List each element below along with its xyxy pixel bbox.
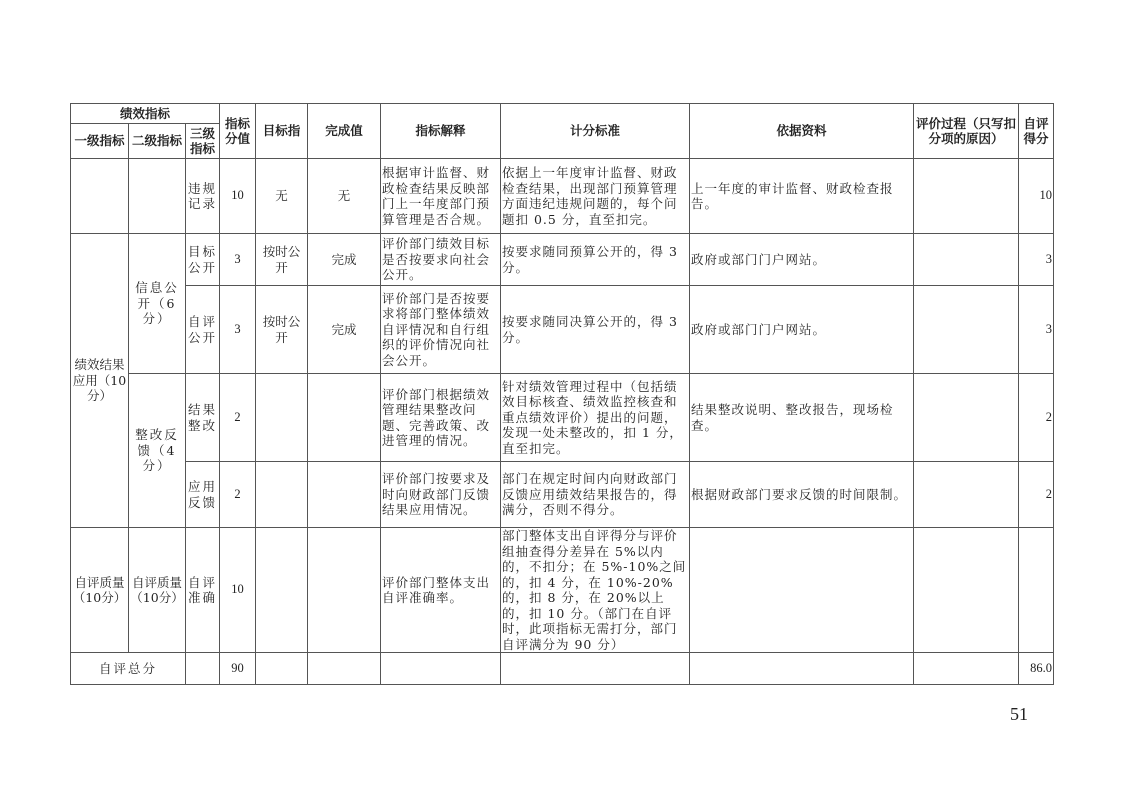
completion-cell: 完成 bbox=[308, 286, 381, 374]
level1-cell bbox=[71, 159, 129, 234]
level2-cell: 自评质量（10分） bbox=[129, 528, 186, 653]
score-value-cell: 10 bbox=[220, 528, 256, 653]
page-number: 51 bbox=[1010, 704, 1028, 725]
header-indicator-group: 绩效指标 bbox=[71, 104, 220, 124]
completion-cell: 完成 bbox=[308, 234, 381, 286]
table-row: 自评公开 3 按时公开 完成 评价部门是否按要求将部门整体绩效自评情况和自行组织… bbox=[71, 286, 1054, 374]
level1-cell: 自评质量（10分） bbox=[71, 528, 129, 653]
evaluation-process-cell bbox=[914, 286, 1019, 374]
completion-cell bbox=[308, 374, 381, 462]
basis-cell bbox=[690, 528, 914, 653]
total-target-cell bbox=[256, 653, 308, 685]
explanation-cell: 根据审计监督、财政检查结果反映部门上一年度部门预算管理是否合规。 bbox=[381, 159, 501, 234]
total-completion-cell bbox=[308, 653, 381, 685]
basis-cell: 政府或部门门户网站。 bbox=[690, 234, 914, 286]
header-score-value: 指标分值 bbox=[220, 104, 256, 159]
target-cell bbox=[256, 462, 308, 528]
header-scoring-standard: 计分标准 bbox=[501, 104, 690, 159]
header-row-1: 绩效指标 指标分值 目标指 完成值 指标解释 计分标准 依据资料 评价过程（只写… bbox=[71, 104, 1054, 124]
explanation-cell: 评价部门是否按要求将部门整体绩效自评情况和自行组织的评价情况向社会公开。 bbox=[381, 286, 501, 374]
score-value-cell: 3 bbox=[220, 234, 256, 286]
level3-cell: 违规记录 bbox=[186, 159, 220, 234]
basis-cell: 根据财政部门要求反馈的时间限制。 bbox=[690, 462, 914, 528]
evaluation-process-cell bbox=[914, 528, 1019, 653]
total-row: 自评总分 90 86.0 bbox=[71, 653, 1054, 685]
explanation-cell: 评价部门根据绩效管理结果整改问题、完善政策、改进管理的情况。 bbox=[381, 374, 501, 462]
self-score-cell: 3 bbox=[1019, 286, 1054, 374]
score-value-cell: 2 bbox=[220, 462, 256, 528]
score-value-cell: 10 bbox=[220, 159, 256, 234]
table-row: 整改反馈（4分） 结果整改 2 评价部门根据绩效管理结果整改问题、完善政策、改进… bbox=[71, 374, 1054, 462]
evaluation-process-cell bbox=[914, 159, 1019, 234]
header-explanation: 指标解释 bbox=[381, 104, 501, 159]
table-row: 绩效结果应用（10分） 信息公开（6分） 目标公开 3 按时公开 完成 评价部门… bbox=[71, 234, 1054, 286]
level3-cell: 应用反馈 bbox=[186, 462, 220, 528]
self-score-cell: 2 bbox=[1019, 462, 1054, 528]
basis-cell: 上一年度的审计监督、财政检查报告。 bbox=[690, 159, 914, 234]
scoring-standard-cell: 依据上一年度审计监督、财政检查结果，出现部门预算管理方面违纪违规问题的，每个问题… bbox=[501, 159, 690, 234]
basis-cell: 政府或部门门户网站。 bbox=[690, 286, 914, 374]
evaluation-process-cell bbox=[914, 374, 1019, 462]
level3-cell: 自评准确 bbox=[186, 528, 220, 653]
self-score-cell: 10 bbox=[1019, 159, 1054, 234]
total-explanation-cell bbox=[381, 653, 501, 685]
explanation-cell: 评价部门整体支出自评准确率。 bbox=[381, 528, 501, 653]
evaluation-process-cell bbox=[914, 462, 1019, 528]
level2-cell: 信息公开（6分） bbox=[129, 234, 186, 374]
header-level2: 二级指标 bbox=[129, 124, 186, 159]
level2-cell bbox=[129, 159, 186, 234]
header-evaluation-process: 评价过程（只写扣分项的原因） bbox=[914, 104, 1019, 159]
total-basis-cell bbox=[690, 653, 914, 685]
scoring-standard-cell: 针对绩效管理过程中（包括绩效目标核查、绩效监控核查和重点绩效评价）提出的问题，发… bbox=[501, 374, 690, 462]
total-label: 自评总分 bbox=[71, 653, 186, 685]
header-self-score: 自评得分 bbox=[1019, 104, 1054, 159]
performance-indicator-table: 绩效指标 指标分值 目标指 完成值 指标解释 计分标准 依据资料 评价过程（只写… bbox=[70, 103, 1054, 685]
target-cell bbox=[256, 374, 308, 462]
completion-cell: 无 bbox=[308, 159, 381, 234]
level2-cell: 整改反馈（4分） bbox=[129, 374, 186, 528]
scoring-standard-cell: 部门在规定时间内向财政部门反馈应用绩效结果报告的，得满分，否则不得分。 bbox=[501, 462, 690, 528]
header-level1: 一级指标 bbox=[71, 124, 129, 159]
explanation-cell: 评价部门绩效目标是否按要求向社会公开。 bbox=[381, 234, 501, 286]
target-cell bbox=[256, 528, 308, 653]
score-value-cell: 3 bbox=[220, 286, 256, 374]
header-basis: 依据资料 bbox=[690, 104, 914, 159]
table-row: 自评质量（10分） 自评质量（10分） 自评准确 10 评价部门整体支出自评准确… bbox=[71, 528, 1054, 653]
level1-cell: 绩效结果应用（10分） bbox=[71, 234, 129, 528]
self-score-cell bbox=[1019, 528, 1054, 653]
target-cell: 按时公开 bbox=[256, 234, 308, 286]
table-row: 违规记录 10 无 无 根据审计监督、财政检查结果反映部门上一年度部门预算管理是… bbox=[71, 159, 1054, 234]
table-row: 应用反馈 2 评价部门按要求及时向财政部门反馈结果应用情况。 部门在规定时间内向… bbox=[71, 462, 1054, 528]
target-cell: 按时公开 bbox=[256, 286, 308, 374]
total-score-value: 90 bbox=[220, 653, 256, 685]
total-evaluation-process-cell bbox=[914, 653, 1019, 685]
score-value-cell: 2 bbox=[220, 374, 256, 462]
scoring-standard-cell: 部门整体支出自评得分与评价组抽查得分差异在 5%以内的，不扣分；在 5%-10%… bbox=[501, 528, 690, 653]
level3-cell: 自评公开 bbox=[186, 286, 220, 374]
header-level3: 三级指标 bbox=[186, 124, 220, 159]
self-score-cell: 3 bbox=[1019, 234, 1054, 286]
header-target: 目标指 bbox=[256, 104, 308, 159]
completion-cell bbox=[308, 462, 381, 528]
header-completion: 完成值 bbox=[308, 104, 381, 159]
level3-cell: 结果整改 bbox=[186, 374, 220, 462]
total-level3-cell bbox=[186, 653, 220, 685]
target-cell: 无 bbox=[256, 159, 308, 234]
explanation-cell: 评价部门按要求及时向财政部门反馈结果应用情况。 bbox=[381, 462, 501, 528]
scoring-standard-cell: 按要求随同预算公开的，得 3 分。 bbox=[501, 234, 690, 286]
scoring-standard-cell: 按要求随同决算公开的，得 3 分。 bbox=[501, 286, 690, 374]
basis-cell: 结果整改说明、整改报告，现场检查。 bbox=[690, 374, 914, 462]
evaluation-process-cell bbox=[914, 234, 1019, 286]
total-self-score: 86.0 bbox=[1019, 653, 1054, 685]
self-score-cell: 2 bbox=[1019, 374, 1054, 462]
level3-cell: 目标公开 bbox=[186, 234, 220, 286]
total-scoring-standard-cell bbox=[501, 653, 690, 685]
completion-cell bbox=[308, 528, 381, 653]
